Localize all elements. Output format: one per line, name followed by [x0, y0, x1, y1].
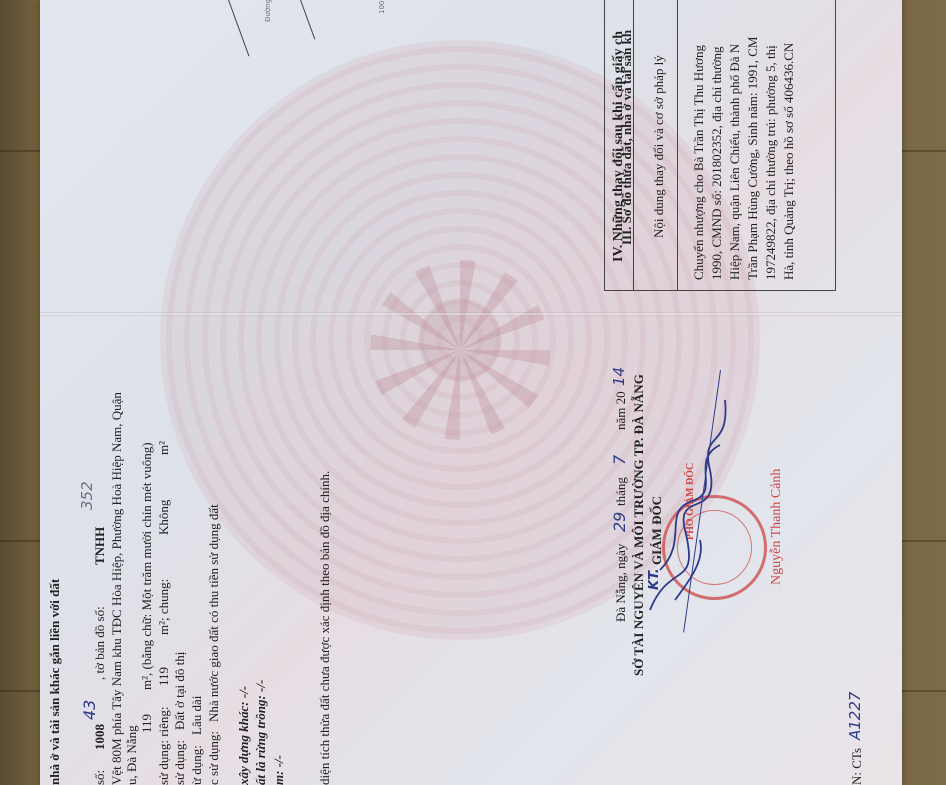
change-line: Hà, tỉnh Quảng Trị; theo hồ sơ số 406436… — [782, 43, 795, 280]
planted-forest: ất là rừng trồng: -/- — [254, 680, 267, 785]
table-divider — [633, 0, 634, 290]
shared-unit: m² — [157, 441, 170, 455]
handwritten-signature — [630, 360, 750, 640]
land-section-heading: nhà ở và tài sản khác gắn liền với đất — [48, 579, 61, 785]
perennial-trees: m: -/- — [272, 755, 285, 785]
area-value: 119 — [140, 714, 153, 733]
change-line: Chuyển nhượng cho Bà Trần Thị Thu Hương — [692, 45, 705, 280]
change-line: Trần Phạm Hùng Cường, Sinh năm: 1991, CM — [746, 37, 759, 281]
map-sheet-label: , tờ bản đồ số: — [93, 606, 106, 680]
address-line-2: u, Đà Nẵng — [125, 725, 138, 785]
date-month: 7 — [612, 455, 628, 465]
purpose-value: Đất ở tại đô thị — [173, 652, 186, 730]
month-label: tháng — [614, 477, 627, 506]
year-label: năm 20 — [614, 391, 627, 430]
registry-number: A1227 — [848, 692, 863, 740]
change-line: 197249822, địa chỉ thường trú: phường 5,… — [764, 45, 777, 280]
map-sheet-value: TNHH — [93, 527, 106, 565]
changes-column-header: Nội dung thay đổi và cơ sở pháp lý — [652, 55, 665, 238]
date-day: 29 — [612, 512, 628, 532]
origin-label: c sử dụng: — [207, 731, 220, 785]
drum-star-watermark — [370, 260, 550, 440]
private-use-label: sử dụng: riêng: — [157, 706, 170, 785]
purpose-label: sử dụng: — [173, 740, 186, 785]
map-street-label: Đường — [265, 0, 272, 22]
parcel-label: số: — [93, 770, 106, 785]
shared-use-value: Không — [157, 500, 170, 535]
area-note: diện tích thửa đất chưa được xác định th… — [318, 471, 331, 785]
origin-value: Nhà nước giao đất có thu tiền sử dụng đấ… — [207, 504, 220, 722]
handwritten-parcel-number: 43 — [82, 700, 98, 720]
area-in-words: m², (bằng chữ: Một trăm mười chín mét vu… — [140, 442, 153, 690]
term-value: Lâu dài — [190, 696, 203, 735]
date-year-suffix: 14 — [612, 367, 627, 386]
paper-fold — [40, 312, 902, 316]
registry-label: N: CTs — [850, 748, 863, 785]
handwritten-map-number: 352 — [80, 481, 95, 510]
map-number-label: 100 — [379, 1, 386, 14]
change-line: 1990, CMND số: 201802352, địa chỉ thường — [710, 47, 723, 280]
private-use-value: 119 — [157, 667, 170, 686]
wood-background-left — [0, 0, 40, 785]
date-prefix: Đà Nẵng, ngày — [614, 544, 627, 622]
other-construction: xây dựng khác: -/- — [237, 686, 250, 785]
signer-name: Nguyễn Thanh Cảnh — [770, 469, 784, 585]
change-line: Hiệp Nam, quận Liên Chiểu, thành phố Đà … — [728, 44, 741, 280]
shared-use-label: m²; chung: — [157, 579, 170, 635]
term-label: ừ dụng: — [190, 745, 203, 785]
parcel-number: 1008 — [93, 724, 106, 750]
table-divider — [677, 0, 678, 290]
address-line-1: Vệt 80M phía Tây Nam khu TĐC Hòa Hiệp, P… — [110, 392, 123, 785]
changes-section-heading: IV. Những thay đổi sau khi cấp giấy ch — [612, 31, 626, 262]
